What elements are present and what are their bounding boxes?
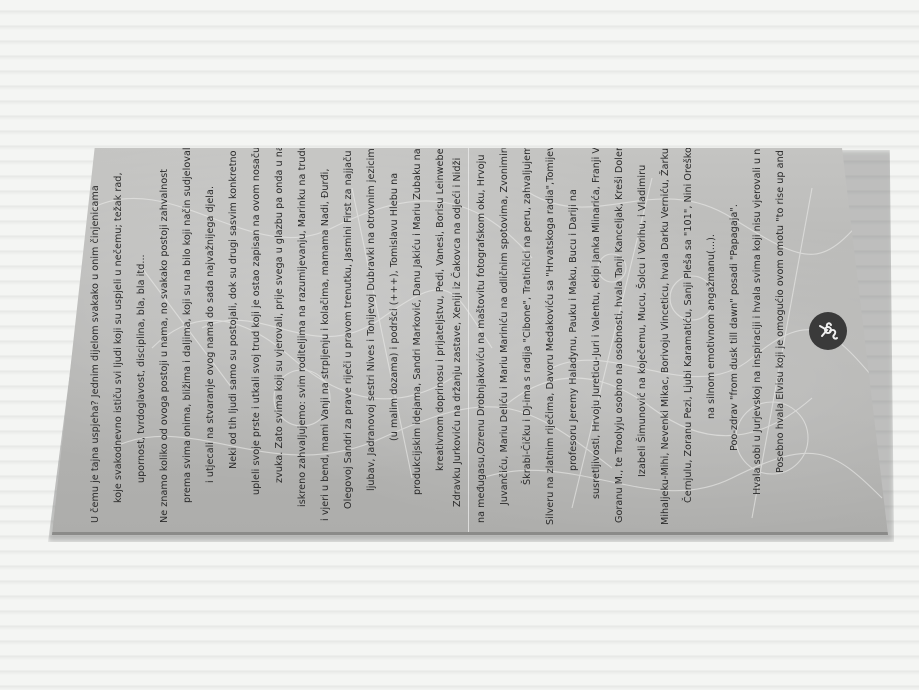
text-line: Goranu M., te Troolyju osobno na osobnos…: [614, 148, 626, 523]
text-line: Škrabi-Čičku i DJ-ima s radija "Cibone",…: [522, 148, 534, 485]
text-line: Mihaljeku-Mihi, Nevenki Mikac, Borivoju …: [660, 148, 672, 525]
text-line: Posebno hvala Elvisu koji je omogućio ov…: [775, 148, 787, 473]
text-line: Hvala sobi u Jurjevskoj na inspiraciji i…: [752, 148, 764, 495]
right-panel-text: na međugasu,Ozrenu Drobnjakoviću na mašt…: [52, 148, 888, 535]
text-line: Černjulu, Zoranu Pezi, Ljubi Karamatiću,…: [683, 148, 695, 503]
text-line: susretljivosti, Hrvoju Jureticu-Juri i V…: [591, 148, 603, 499]
text-line: Silveru na zlatnim riječima, Davoru Meda…: [545, 148, 557, 525]
emblem-icon: [815, 318, 841, 344]
text-line: profesoru Jeremy Haladynu, Pauku i Maku,…: [568, 189, 580, 471]
text-line: na silnom emotivnom angažmanu(...).: [706, 234, 718, 419]
printed-insert-card: U čemu je tajna uspjeha? Jednim dijelom …: [52, 148, 888, 535]
text-line: na međugasu,Ozrenu Drobnjakoviću na mašt…: [476, 155, 488, 524]
text-line: Poo-zdrav "from dusk till dawn" posadi "…: [729, 204, 741, 451]
text-line: Izabeli Šimunović na koječemu, Mucu, Šol…: [637, 165, 649, 477]
band-logo-icon: [809, 312, 847, 350]
text-line: Juvančiću, Mariu Deliću i Mariu Mariniću…: [499, 148, 511, 505]
